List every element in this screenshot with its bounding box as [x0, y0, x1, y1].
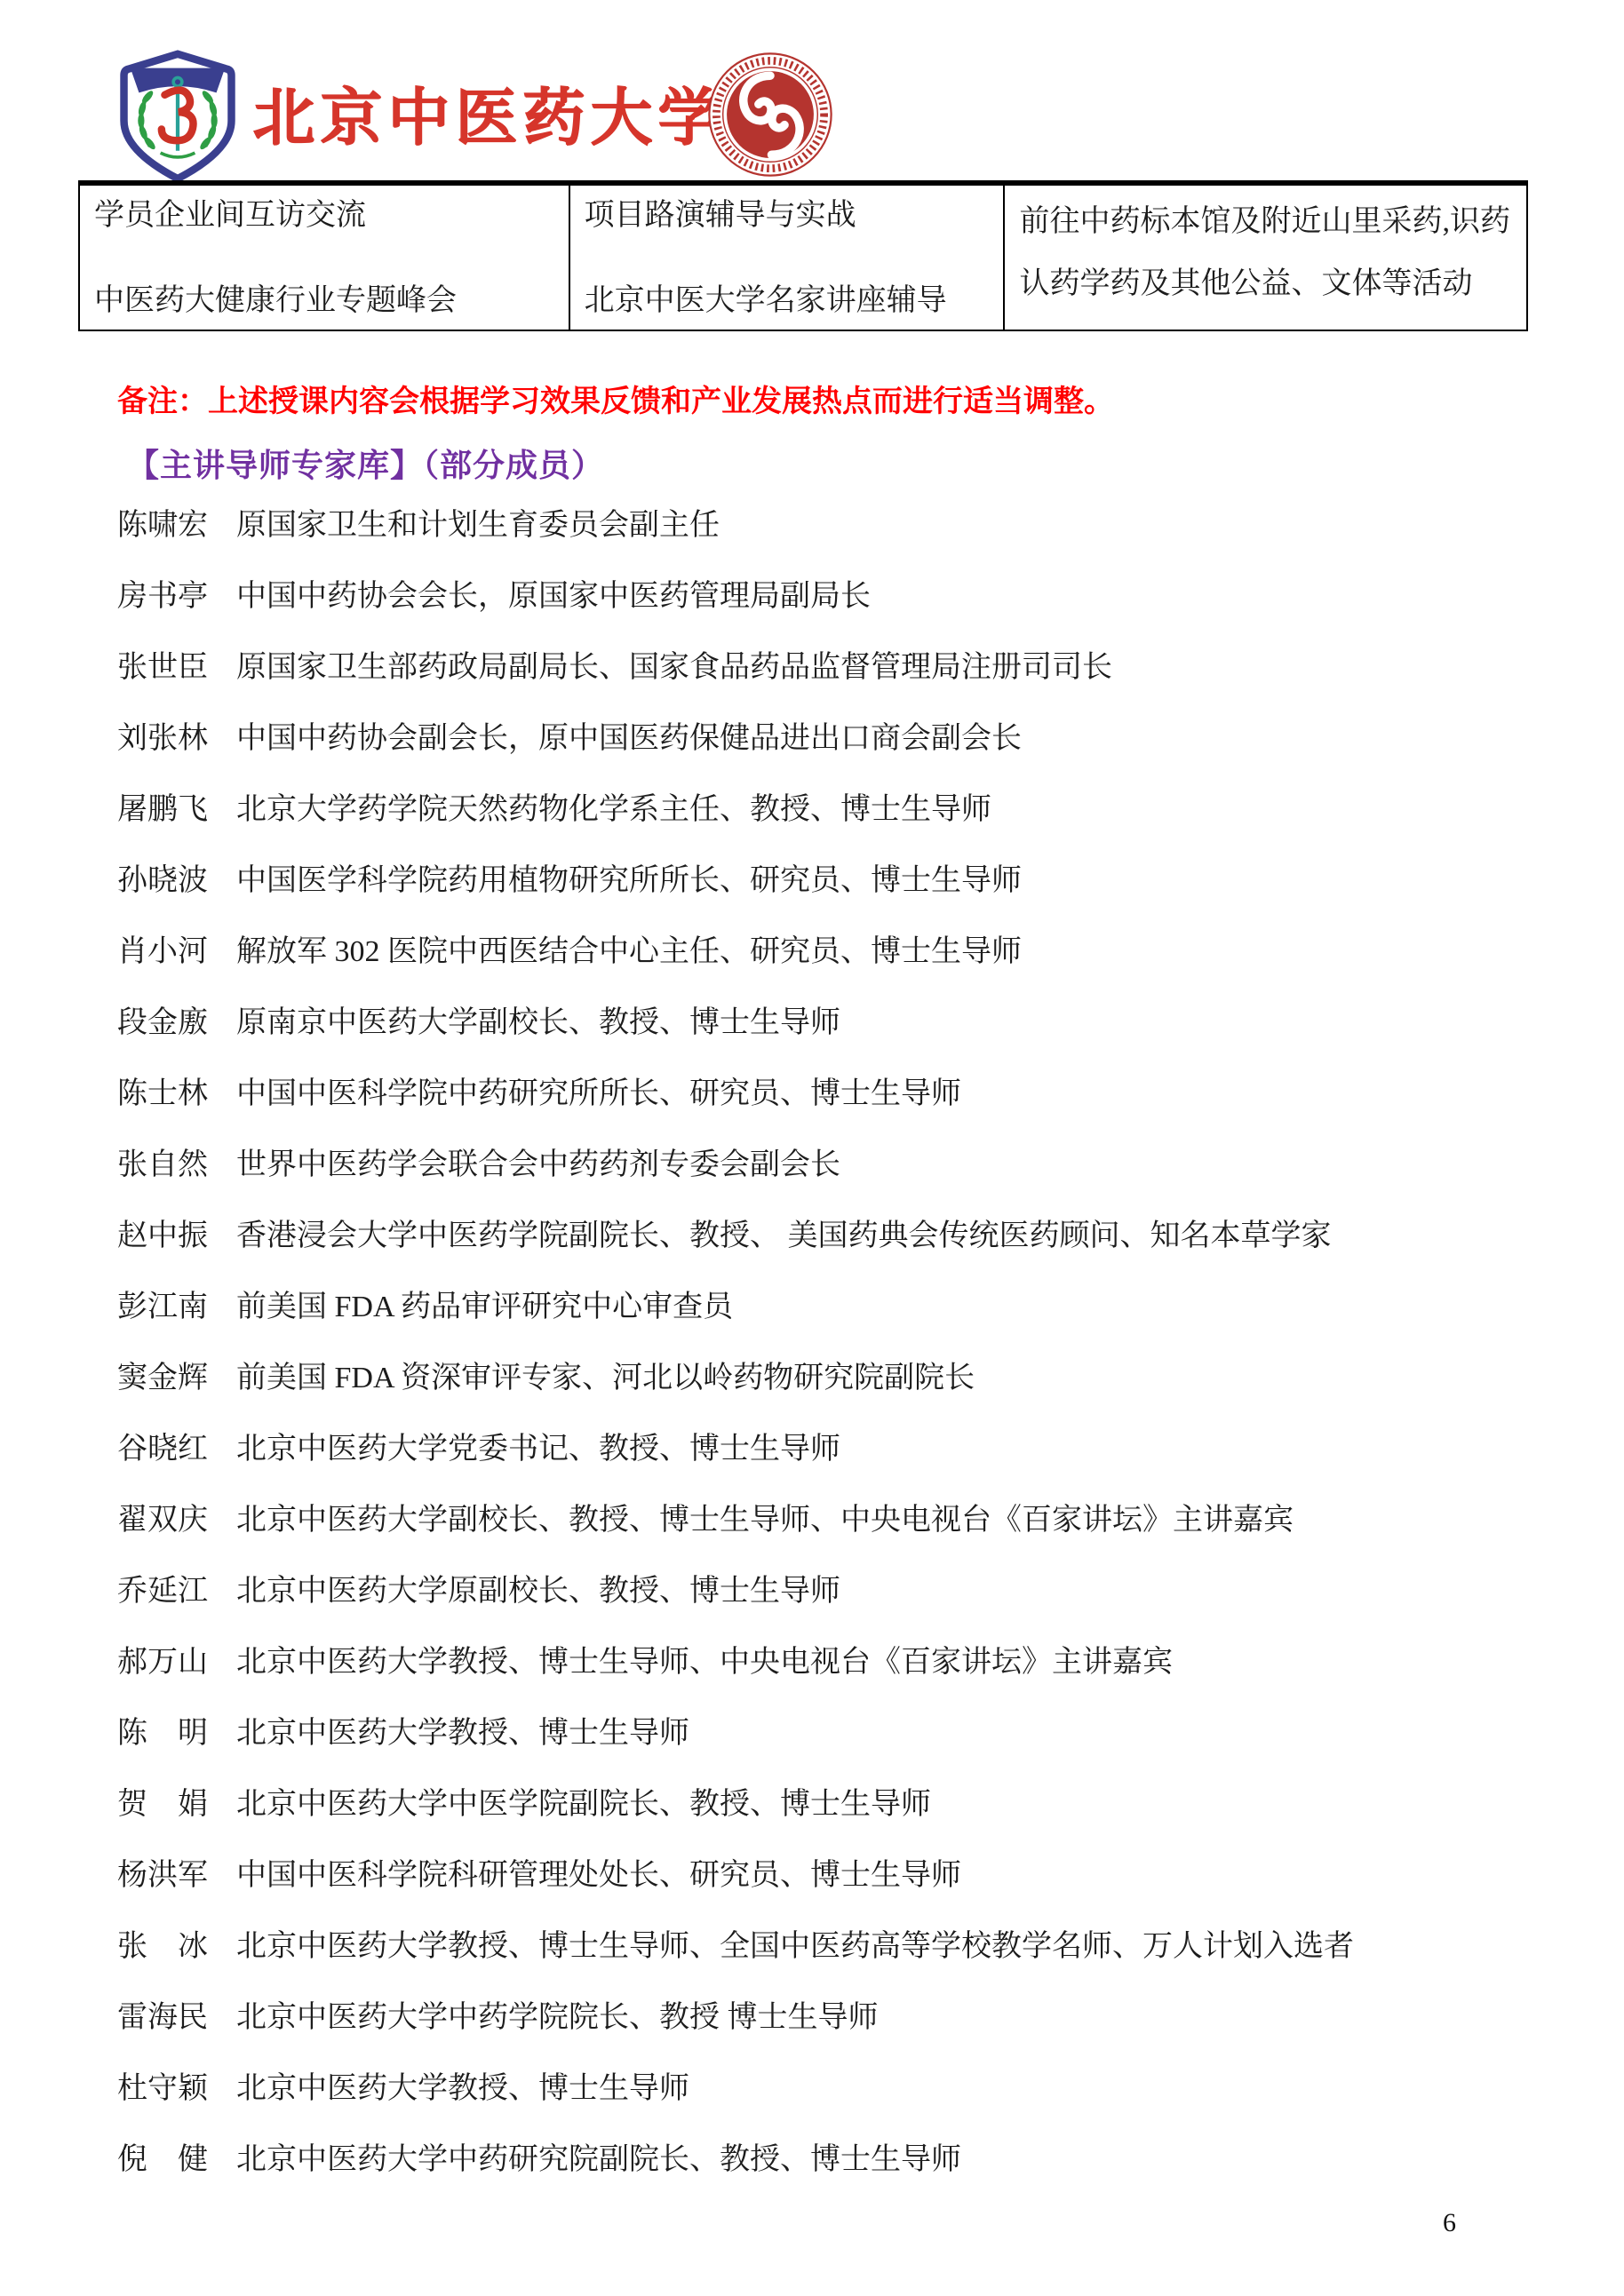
expert-row: 张世臣 原国家卫生部药政局副局长、国家食品药品监督管理局注册司司长	[117, 650, 1539, 686]
expert-row: 倪 健 北京中医药大学中药研究院副院长、教授、博士生导师	[117, 2142, 1539, 2178]
expert-name: 肖小河	[117, 934, 236, 970]
expert-title: 中国中医科学院中药研究所所长、研究员、博士生导师	[236, 1076, 1539, 1112]
expert-name: 郝万山	[117, 1645, 236, 1680]
section-heading: 【主讲导师专家库】（部分成员）	[127, 441, 604, 486]
expert-row: 翟双庆 北京中医药大学副校长、教授、博士生导师、中央电视台《百家讲坛》主讲嘉宾	[117, 1503, 1539, 1538]
expert-title: 北京大学药学院天然药物化学系主任、教授、博士生导师	[236, 792, 1539, 828]
expert-title: 北京中医药大学中医学院副院长、教授、博士生导师	[236, 1787, 1539, 1823]
expert-title: 原国家卫生和计划生育委员会副主任	[236, 508, 1539, 544]
expert-row: 段金廒 原南京中医药大学副校长、教授、博士生导师	[117, 1005, 1539, 1041]
expert-title: 北京中医药大学中药学院院长、教授 博士生导师	[236, 2000, 1539, 2036]
expert-name: 陈 明	[117, 1716, 236, 1752]
expert-name: 窦金辉	[117, 1361, 236, 1396]
expert-title: 中国医学科学院药用植物研究所所长、研究员、博士生导师	[236, 863, 1539, 899]
expert-name: 陈啸宏	[117, 508, 236, 544]
expert-title: 原国家卫生部药政局副局长、国家食品药品监督管理局注册司司长	[236, 650, 1539, 686]
expert-name: 彭江南	[117, 1290, 236, 1325]
expert-row: 陈 明 北京中医药大学教授、博士生导师	[117, 1716, 1539, 1752]
expert-name: 杨洪军	[117, 1858, 236, 1894]
document-page: 北京中医药大学 学员企业间互访交流 中医药大健康行业专题峰会 项目路演辅导与实战…	[0, 0, 1624, 2296]
table-cell: 项目路演辅导与实战 北京中医大学名家讲座辅导	[569, 186, 1004, 330]
expert-name: 刘张林	[117, 721, 236, 757]
university-name: 北京中医药大学	[252, 75, 697, 163]
expert-title: 中国中药协会副会长，原中国医药保健品进出口商会副会长	[236, 721, 1539, 757]
table-cell: 前往中药标本馆及附近山里采药,识药认药学药及其他公益、文体等活动	[1003, 186, 1526, 330]
expert-name: 翟双庆	[117, 1503, 236, 1538]
expert-row: 张 冰 北京中医药大学教授、博士生导师、全国中医药高等学校教学名师、万人计划入选…	[117, 1929, 1539, 1965]
expert-row: 陈啸宏 原国家卫生和计划生育委员会副主任	[117, 508, 1539, 544]
expert-title: 前美国 FDA 药品审评研究中心审查员	[236, 1290, 1539, 1325]
expert-row: 杜守颖 北京中医药大学教授、博士生导师	[117, 2071, 1539, 2107]
table-cell-line: 学员企业间互访交流	[94, 198, 554, 234]
expert-name: 谷晓红	[117, 1432, 236, 1467]
expert-row: 孙晓波 中国医学科学院药用植物研究所所长、研究员、博士生导师	[117, 863, 1539, 899]
expert-name: 段金廒	[117, 1005, 236, 1041]
expert-row: 肖小河 解放军 302 医院中西医结合中心主任、研究员、博士生导师	[117, 934, 1539, 970]
expert-name: 房书亭	[117, 579, 236, 615]
expert-name: 贺 娟	[117, 1787, 236, 1823]
expert-row: 屠鹏飞 北京大学药学院天然药物化学系主任、教授、博士生导师	[117, 792, 1539, 828]
expert-title: 香港浸会大学中医药学院副院长、教授、 美国药典会传统医药顾问、知名本草学家	[236, 1219, 1539, 1254]
expert-name: 孙晓波	[117, 863, 236, 899]
expert-row: 雷海民 北京中医药大学中药学院院长、教授 博士生导师	[117, 2000, 1539, 2036]
expert-name: 屠鹏飞	[117, 792, 236, 828]
table-cell-line: 中医药大健康行业专题峰会	[94, 283, 554, 319]
expert-title: 解放军 302 医院中西医结合中心主任、研究员、博士生导师	[236, 934, 1539, 970]
expert-title: 中国中药协会会长，原国家中医药管理局副局长	[236, 579, 1539, 615]
table-cell: 学员企业间互访交流 中医药大健康行业专题峰会	[80, 186, 569, 330]
expert-name: 张世臣	[117, 650, 236, 686]
expert-title: 世界中医药学会联合会中药药剂专委会副会长	[236, 1148, 1539, 1183]
expert-title: 北京中医药大学原副校长、教授、博士生导师	[236, 1574, 1539, 1609]
expert-row: 陈士林 中国中医科学院中药研究所所长、研究员、博士生导师	[117, 1076, 1539, 1112]
expert-name: 雷海民	[117, 2000, 236, 2036]
red-seal-logo-icon	[704, 50, 837, 179]
university-shield-logo-icon	[112, 50, 243, 183]
expert-list: 陈啸宏 原国家卫生和计划生育委员会副主任 房书亭 中国中药协会会长，原国家中医药…	[117, 508, 1539, 2213]
expert-row: 郝万山 北京中医药大学教授、博士生导师、中央电视台《百家讲坛》主讲嘉宾	[117, 1645, 1539, 1680]
remark-note: 备注：上述授课内容会根据学习效果反馈和产业发展热点而进行适当调整。	[117, 377, 1114, 420]
expert-title: 北京中医药大学教授、博士生导师、全国中医药高等学校教学名师、万人计划入选者	[236, 1929, 1539, 1965]
expert-name: 赵中振	[117, 1219, 236, 1254]
expert-row: 彭江南 前美国 FDA 药品审评研究中心审查员	[117, 1290, 1539, 1325]
table-cell-line: 前往中药标本馆及附近山里采药,识药认药学药及其他公益、文体等活动	[1019, 191, 1512, 315]
expert-name: 倪 健	[117, 2142, 236, 2178]
expert-name: 张自然	[117, 1148, 236, 1183]
expert-row: 谷晓红 北京中医药大学党委书记、教授、博士生导师	[117, 1432, 1539, 1467]
table-cell-line: 项目路演辅导与实战	[585, 198, 990, 234]
expert-title: 北京中医药大学副校长、教授、博士生导师、中央电视台《百家讲坛》主讲嘉宾	[236, 1503, 1539, 1538]
expert-title: 北京中医药大学教授、博士生导师	[236, 1716, 1539, 1752]
expert-title: 北京中医药大学教授、博士生导师、中央电视台《百家讲坛》主讲嘉宾	[236, 1645, 1539, 1680]
expert-name: 陈士林	[117, 1076, 236, 1112]
expert-row: 贺 娟 北京中医药大学中医学院副院长、教授、博士生导师	[117, 1787, 1539, 1823]
expert-row: 赵中振 香港浸会大学中医药学院副院长、教授、 美国药典会传统医药顾问、知名本草学…	[117, 1219, 1539, 1254]
expert-title: 北京中医药大学党委书记、教授、博士生导师	[236, 1432, 1539, 1467]
expert-row: 窦金辉 前美国 FDA 资深审评专家、河北以岭药物研究院副院长	[117, 1361, 1539, 1396]
expert-title: 中国中医科学院科研管理处处长、研究员、博士生导师	[236, 1858, 1539, 1894]
course-activity-table: 学员企业间互访交流 中医药大健康行业专题峰会 项目路演辅导与实战 北京中医大学名…	[78, 180, 1528, 331]
expert-name: 杜守颖	[117, 2071, 236, 2107]
expert-row: 张自然 世界中医药学会联合会中药药剂专委会副会长	[117, 1148, 1539, 1183]
expert-title: 北京中医药大学中药研究院副院长、教授、博士生导师	[236, 2142, 1539, 2178]
expert-title: 前美国 FDA 资深审评专家、河北以岭药物研究院副院长	[236, 1361, 1539, 1396]
expert-row: 房书亭 中国中药协会会长，原国家中医药管理局副局长	[117, 579, 1539, 615]
expert-title: 原南京中医药大学副校长、教授、博士生导师	[236, 1005, 1539, 1041]
expert-row: 杨洪军 中国中医科学院科研管理处处长、研究员、博士生导师	[117, 1858, 1539, 1894]
table-cell-line: 北京中医大学名家讲座辅导	[585, 283, 990, 319]
expert-title: 北京中医药大学教授、博士生导师	[236, 2071, 1539, 2107]
expert-row: 乔延江 北京中医药大学原副校长、教授、博士生导师	[117, 1574, 1539, 1609]
expert-name: 张 冰	[117, 1929, 236, 1965]
page-number: 6	[1443, 2208, 1456, 2238]
expert-name: 乔延江	[117, 1574, 236, 1609]
expert-row: 刘张林 中国中药协会副会长，原中国医药保健品进出口商会副会长	[117, 721, 1539, 757]
